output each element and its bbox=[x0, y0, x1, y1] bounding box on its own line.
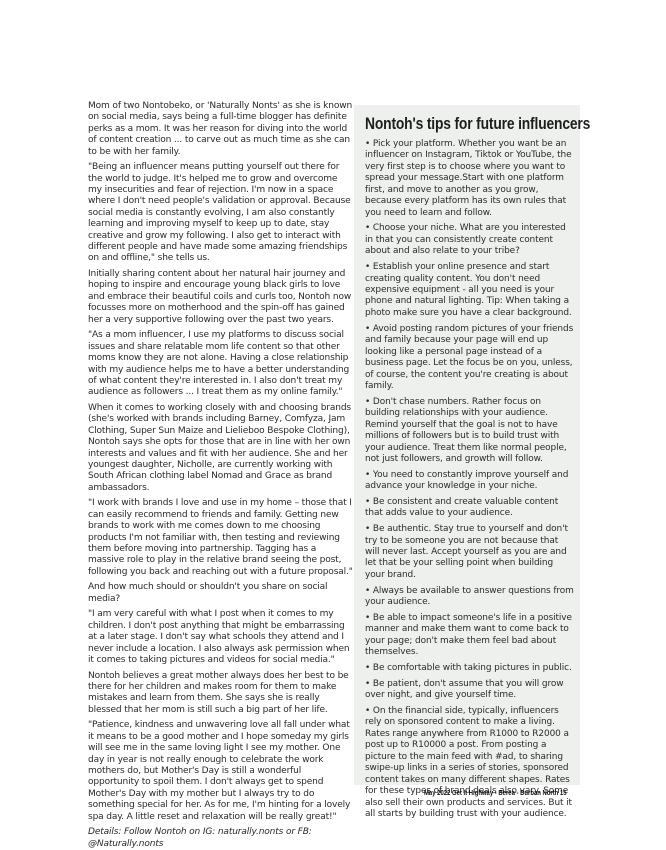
tips-list: • Pick your platform. Whether you want b… bbox=[365, 139, 574, 820]
article-paragraph: And how much should or shouldn't you sha… bbox=[88, 582, 353, 605]
tips-sidebar: Nontoh's tips for future influencers • P… bbox=[354, 105, 580, 785]
tips-title: Nontoh's tips for future influencers bbox=[365, 113, 541, 135]
tip-item: • On the financial side, typically, infl… bbox=[365, 706, 574, 821]
article-paragraph: "Patience, kindness and unwavering love … bbox=[88, 720, 353, 823]
article-details: Details: Follow Nontoh on IG: naturally.… bbox=[88, 827, 353, 850]
article-paragraph: Mom of two Nontobeko, or 'Naturally Nont… bbox=[88, 101, 353, 158]
tip-item: • Pick your platform. Whether you want b… bbox=[365, 139, 574, 219]
tip-item: • Be patient, don't assume that you will… bbox=[365, 679, 574, 702]
tip-item: • Be authentic. Stay true to yourself an… bbox=[365, 524, 574, 581]
tip-item: • Always be available to answer question… bbox=[365, 586, 574, 609]
article-paragraph: Initially sharing content about her natu… bbox=[88, 269, 353, 326]
tip-item: • Avoid posting random pictures of your … bbox=[365, 324, 574, 393]
article-paragraph: "I am very careful with what I post when… bbox=[88, 609, 353, 666]
article-paragraph: "I work with brands I love and use in my… bbox=[88, 498, 353, 578]
tip-item: • You need to constantly improve yoursel… bbox=[365, 470, 574, 493]
article-body: Mom of two Nontobeko, or 'Naturally Nont… bbox=[88, 101, 353, 850]
article-paragraph: "Being an influencer means putting yours… bbox=[88, 162, 353, 265]
tip-item: • Be consistent and create valuable cont… bbox=[365, 497, 574, 520]
article-paragraph: Nontoh believes a great mother always do… bbox=[88, 671, 353, 717]
article-paragraph: "As a mom influencer, I use my platforms… bbox=[88, 330, 353, 398]
tip-item: • Be able to impact someone's life in a … bbox=[365, 613, 574, 659]
tip-item: • Don't chase numbers. Rather focus on b… bbox=[365, 397, 574, 466]
page-footer: May 2022 Get It Highway - Berea - Durban… bbox=[424, 788, 557, 797]
tip-item: • Choose your niche. What are you intere… bbox=[365, 223, 574, 257]
tip-item: • Establish your online presence and sta… bbox=[365, 262, 574, 319]
tip-item: • Be comfortable with taking pictures in… bbox=[365, 663, 574, 674]
article-paragraph: When it comes to working closely with an… bbox=[88, 403, 353, 494]
